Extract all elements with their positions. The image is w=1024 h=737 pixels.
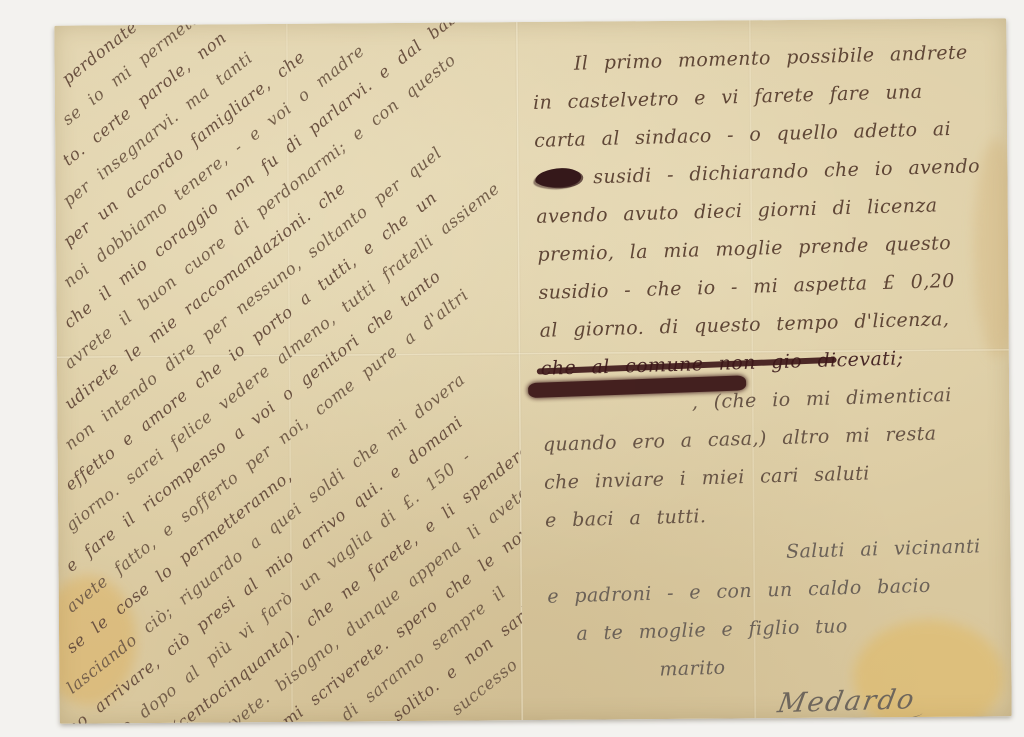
handwriting-line: Saluti ai vicinanti xyxy=(786,526,1012,571)
ink-blot xyxy=(535,168,582,188)
handwriting-block: Il primo momento possibile andrete in ca… xyxy=(531,32,1011,720)
letter-sheet: perdonate se io mi permett to. certe par… xyxy=(54,18,1011,723)
signature: Medardo xyxy=(772,681,929,720)
letter-left-page: perdonate se io mi permett to. certe par… xyxy=(54,22,522,724)
handwriting-text: susidi - dichiarando che io avendo xyxy=(593,155,980,188)
letter-right-page: Il primo momento possibile andrete in ca… xyxy=(517,18,1011,720)
diagonal-handwriting-block: perdonate se io mi permett to. certe par… xyxy=(65,22,523,662)
